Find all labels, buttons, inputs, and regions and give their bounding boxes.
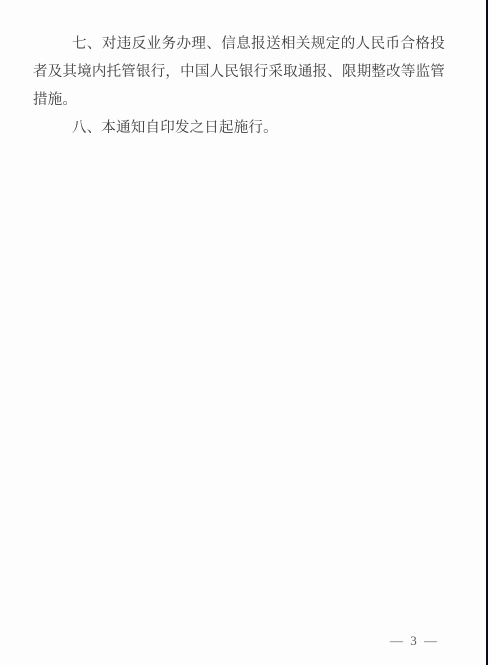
paragraph-item-7-line-2: 者及其境内托管银行，中国人民银行采取通报、限期整改等监管 bbox=[33, 58, 445, 86]
paragraph-item-8-line-1: 八、本通知自印发之日起施行。 bbox=[33, 114, 445, 142]
body-text: 七、对违反业务办理、信息报送相关规定的人民币合格投资 者及其境内托管银行，中国人… bbox=[33, 30, 445, 142]
paragraph-item-7-line-3: 措施。 bbox=[33, 86, 445, 114]
scan-edge-line bbox=[486, 0, 488, 665]
document-page: 七、对违反业务办理、信息报送相关规定的人民币合格投资 者及其境内托管银行，中国人… bbox=[0, 0, 491, 665]
page-number: — 3 — bbox=[390, 633, 439, 649]
paragraph-item-7-line-1: 七、对违反业务办理、信息报送相关规定的人民币合格投资 bbox=[33, 30, 445, 58]
